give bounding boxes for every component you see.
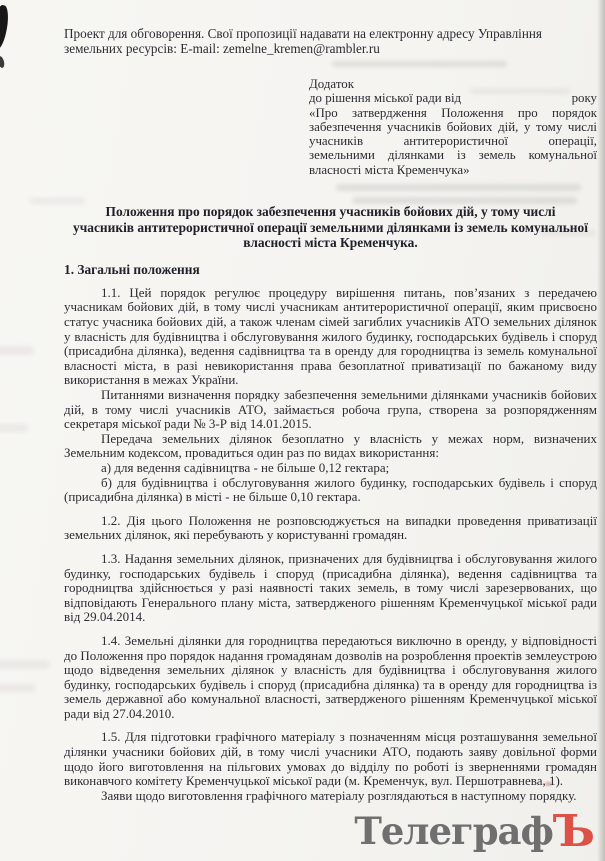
document-title: Положення про порядок забезпечення учасн…	[64, 204, 597, 251]
annex-date-left: до рішення міської ради від	[309, 91, 461, 105]
list-item-b: б) для будівництва і обслуговування жило…	[64, 476, 597, 505]
annex-date-right: року	[572, 91, 597, 105]
scan-corner-artifact	[0, 4, 10, 50]
annex-line: «Про затвердження Положення про порядок	[309, 106, 597, 120]
bleed-through-artifact	[0, 660, 50, 669]
scanned-document-page: Проект для обговорення. Свої пропозиції …	[0, 0, 605, 861]
annex-line-heading: Додаток	[309, 77, 597, 91]
paragraph-1-5: 1.5. Для підготовки графічного матеріалу…	[64, 730, 597, 788]
paragraph-1-1: 1.1. Цей порядок регулює процедуру виріш…	[64, 286, 597, 388]
annex-date-line: до рішення міської ради від року	[309, 91, 597, 105]
annex-line: власності міста Кременчука»	[309, 163, 597, 177]
scan-corner-artifact	[0, 55, 5, 68]
annex-line: учасників антитерористичної операції,	[309, 134, 597, 148]
paragraph-1-3: 1.3. Надання земельних ділянок, призначе…	[64, 552, 597, 625]
bleed-through-artifact	[0, 346, 34, 355]
paragraph-1-4: 1.4. Земельні ділянки для городництва пе…	[64, 634, 597, 722]
paragraph-1-2: 1.2. Дія цього Положення не розповсюджує…	[64, 514, 597, 543]
draft-discussion-note: Проект для обговорення. Свої пропозиції …	[64, 26, 597, 56]
watermark-text-gray: Телеграф	[354, 809, 553, 853]
watermark-letter-red: Ъ	[553, 806, 594, 857]
paragraph-applications-review: Заяви щодо виготовлення графічного матер…	[64, 789, 597, 804]
list-item-a: а) для ведення садівництва - не більше 0…	[64, 461, 597, 476]
page-edge-shadow	[597, 0, 605, 861]
paragraph-working-group: Питаннями визначення порядку забезпеченн…	[64, 388, 597, 432]
annex-line: забезпечення учасників бойових дій, у то…	[309, 120, 597, 134]
annex-block: Додаток до рішення міської ради від року…	[309, 77, 597, 177]
section-1-heading: 1. Загальні положення	[64, 262, 597, 277]
document-content: Проект для обговорення. Свої пропозиції …	[64, 26, 597, 803]
telegraf-watermark-logo: ТелеграфЪ	[354, 810, 594, 854]
paragraph-transfer-rules: Передача земельних ділянок безоплатно у …	[64, 432, 597, 461]
annex-line: земельними ділянками із земель комунальн…	[309, 148, 597, 162]
bleed-through-artifact	[0, 424, 28, 432]
bleed-through-artifact	[0, 684, 36, 692]
